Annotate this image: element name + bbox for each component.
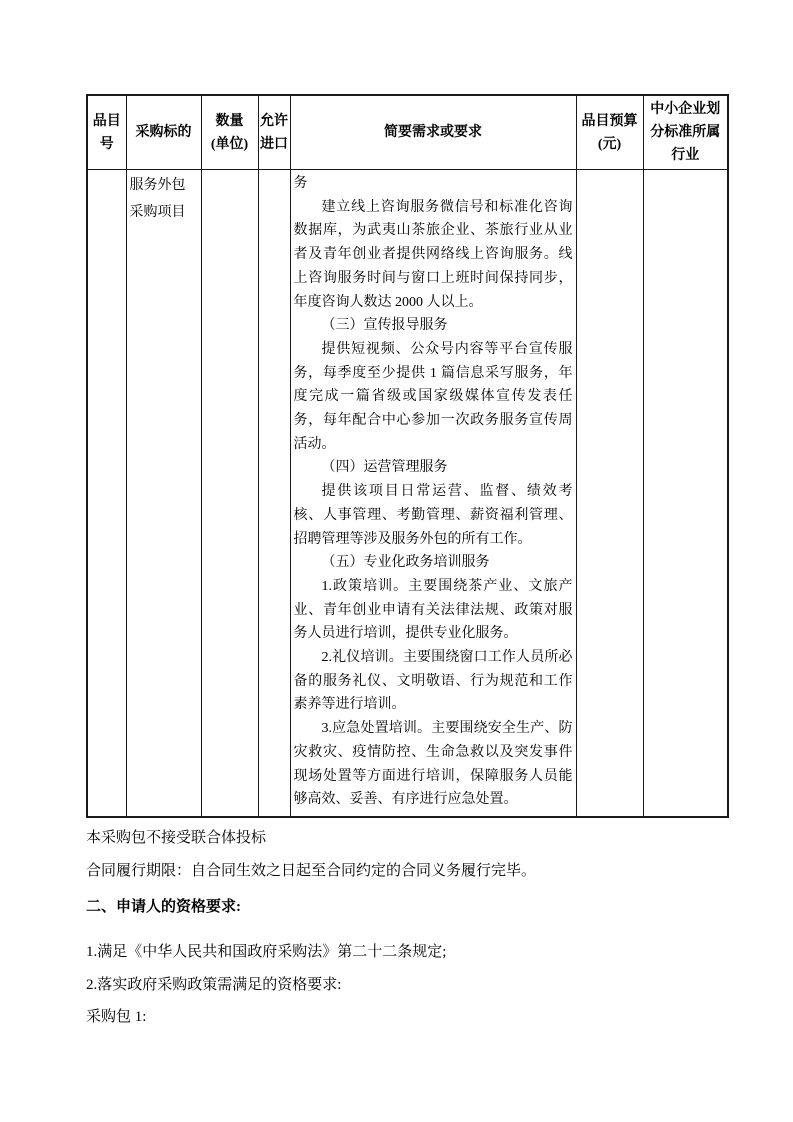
requirement-paragraph: （四）运营管理服务 [294, 456, 573, 480]
note-contract-period: 合同履行期限：自合同生效之日起至合同约定的合同义务履行完毕。 [86, 861, 727, 881]
cell-requirements: 务建立线上咨询服务微信号和标准化咨询数据库，为武夷山茶旅企业、茶旅行业从业者及青… [290, 170, 576, 818]
cell-industry [643, 170, 728, 818]
requirement-paragraph: （五）专业化政务培训服务 [294, 551, 573, 575]
cell-procurement-subject: 服务外包采购项目 [126, 170, 201, 818]
requirement-paragraph: 提供短视频、公众号内容等平台宣传服务，每季度至少提供 1 篇信息采写服务，年度完… [294, 338, 573, 457]
column-header-6: 中小企业划 分标准所属 行业 [643, 95, 728, 170]
requirement-paragraph: 3.应急处置培训。主要围绕安全生产、防灾救灾、疫情防控、生命急救以及突发事件现场… [294, 717, 573, 812]
table-row: 服务外包采购项目 务建立线上咨询服务微信号和标准化咨询数据库，为武夷山茶旅企业、… [87, 170, 728, 818]
note-no-consortium: 本采购包不接受联合体投标 [86, 828, 727, 848]
requirement-paragraph: 2.礼仪培训。主要围绕窗口工作人员所必备的服务礼仪、文明敬语、行为规范和工作素养… [294, 646, 573, 717]
qualification-item-2: 2.落实政府采购政策需满足的资格要求: [86, 975, 727, 995]
column-header-4: 简要需求或要求 [290, 95, 576, 170]
section-heading-applicant-qualifications: 二、申请人的资格要求: [86, 896, 727, 918]
requirement-paragraph: 提供该项目日常运营、监督、绩效考核、人事管理、考勤管理、薪资福利管理、招聘管理等… [294, 480, 573, 551]
package-1-label: 采购包 1: [86, 1007, 727, 1027]
requirement-paragraph: 1.政策培训。主要围绕茶产业、文旅产业、青年创业申请有关法律法规、政策对服务人员… [294, 575, 573, 646]
column-header-5: 品目预算 (元) [576, 95, 643, 170]
column-header-0: 品目 号 [87, 95, 126, 170]
column-header-2: 数量 (单位) [201, 95, 258, 170]
procurement-items-table: 品目 号采购标的数量 (单位)允许 进口简要需求或要求品目预算 (元)中小企业划… [86, 94, 729, 818]
cell-quantity [201, 170, 258, 818]
column-header-3: 允许 进口 [258, 95, 290, 170]
requirements-content: 务建立线上咨询服务微信号和标准化咨询数据库，为武夷山茶旅企业、茶旅行业从业者及青… [294, 172, 573, 814]
requirement-paragraph: 建立线上咨询服务微信号和标准化咨询数据库，为武夷山茶旅企业、茶旅行业从业者及青年… [294, 196, 573, 315]
cell-budget [576, 170, 643, 818]
requirement-paragraph: （三）宣传报导服务 [294, 314, 573, 338]
requirement-paragraph: 务 [294, 172, 573, 196]
qualification-item-1: 1.满足《中华人民共和国政府采购法》第二十二条规定; [86, 942, 727, 962]
cell-item-no [87, 170, 126, 818]
table-header-row: 品目 号采购标的数量 (单位)允许 进口简要需求或要求品目预算 (元)中小企业划… [87, 95, 728, 170]
document-page: 品目 号采购标的数量 (单位)允许 进口简要需求或要求品目预算 (元)中小企业划… [0, 0, 793, 1122]
column-header-1: 采购标的 [126, 95, 201, 170]
table-header: 品目 号采购标的数量 (单位)允许 进口简要需求或要求品目预算 (元)中小企业划… [87, 95, 728, 170]
cell-import-allowed [258, 170, 290, 818]
after-table-section: 本采购包不接受联合体投标 合同履行期限：自合同生效之日起至合同约定的合同义务履行… [86, 828, 727, 1027]
